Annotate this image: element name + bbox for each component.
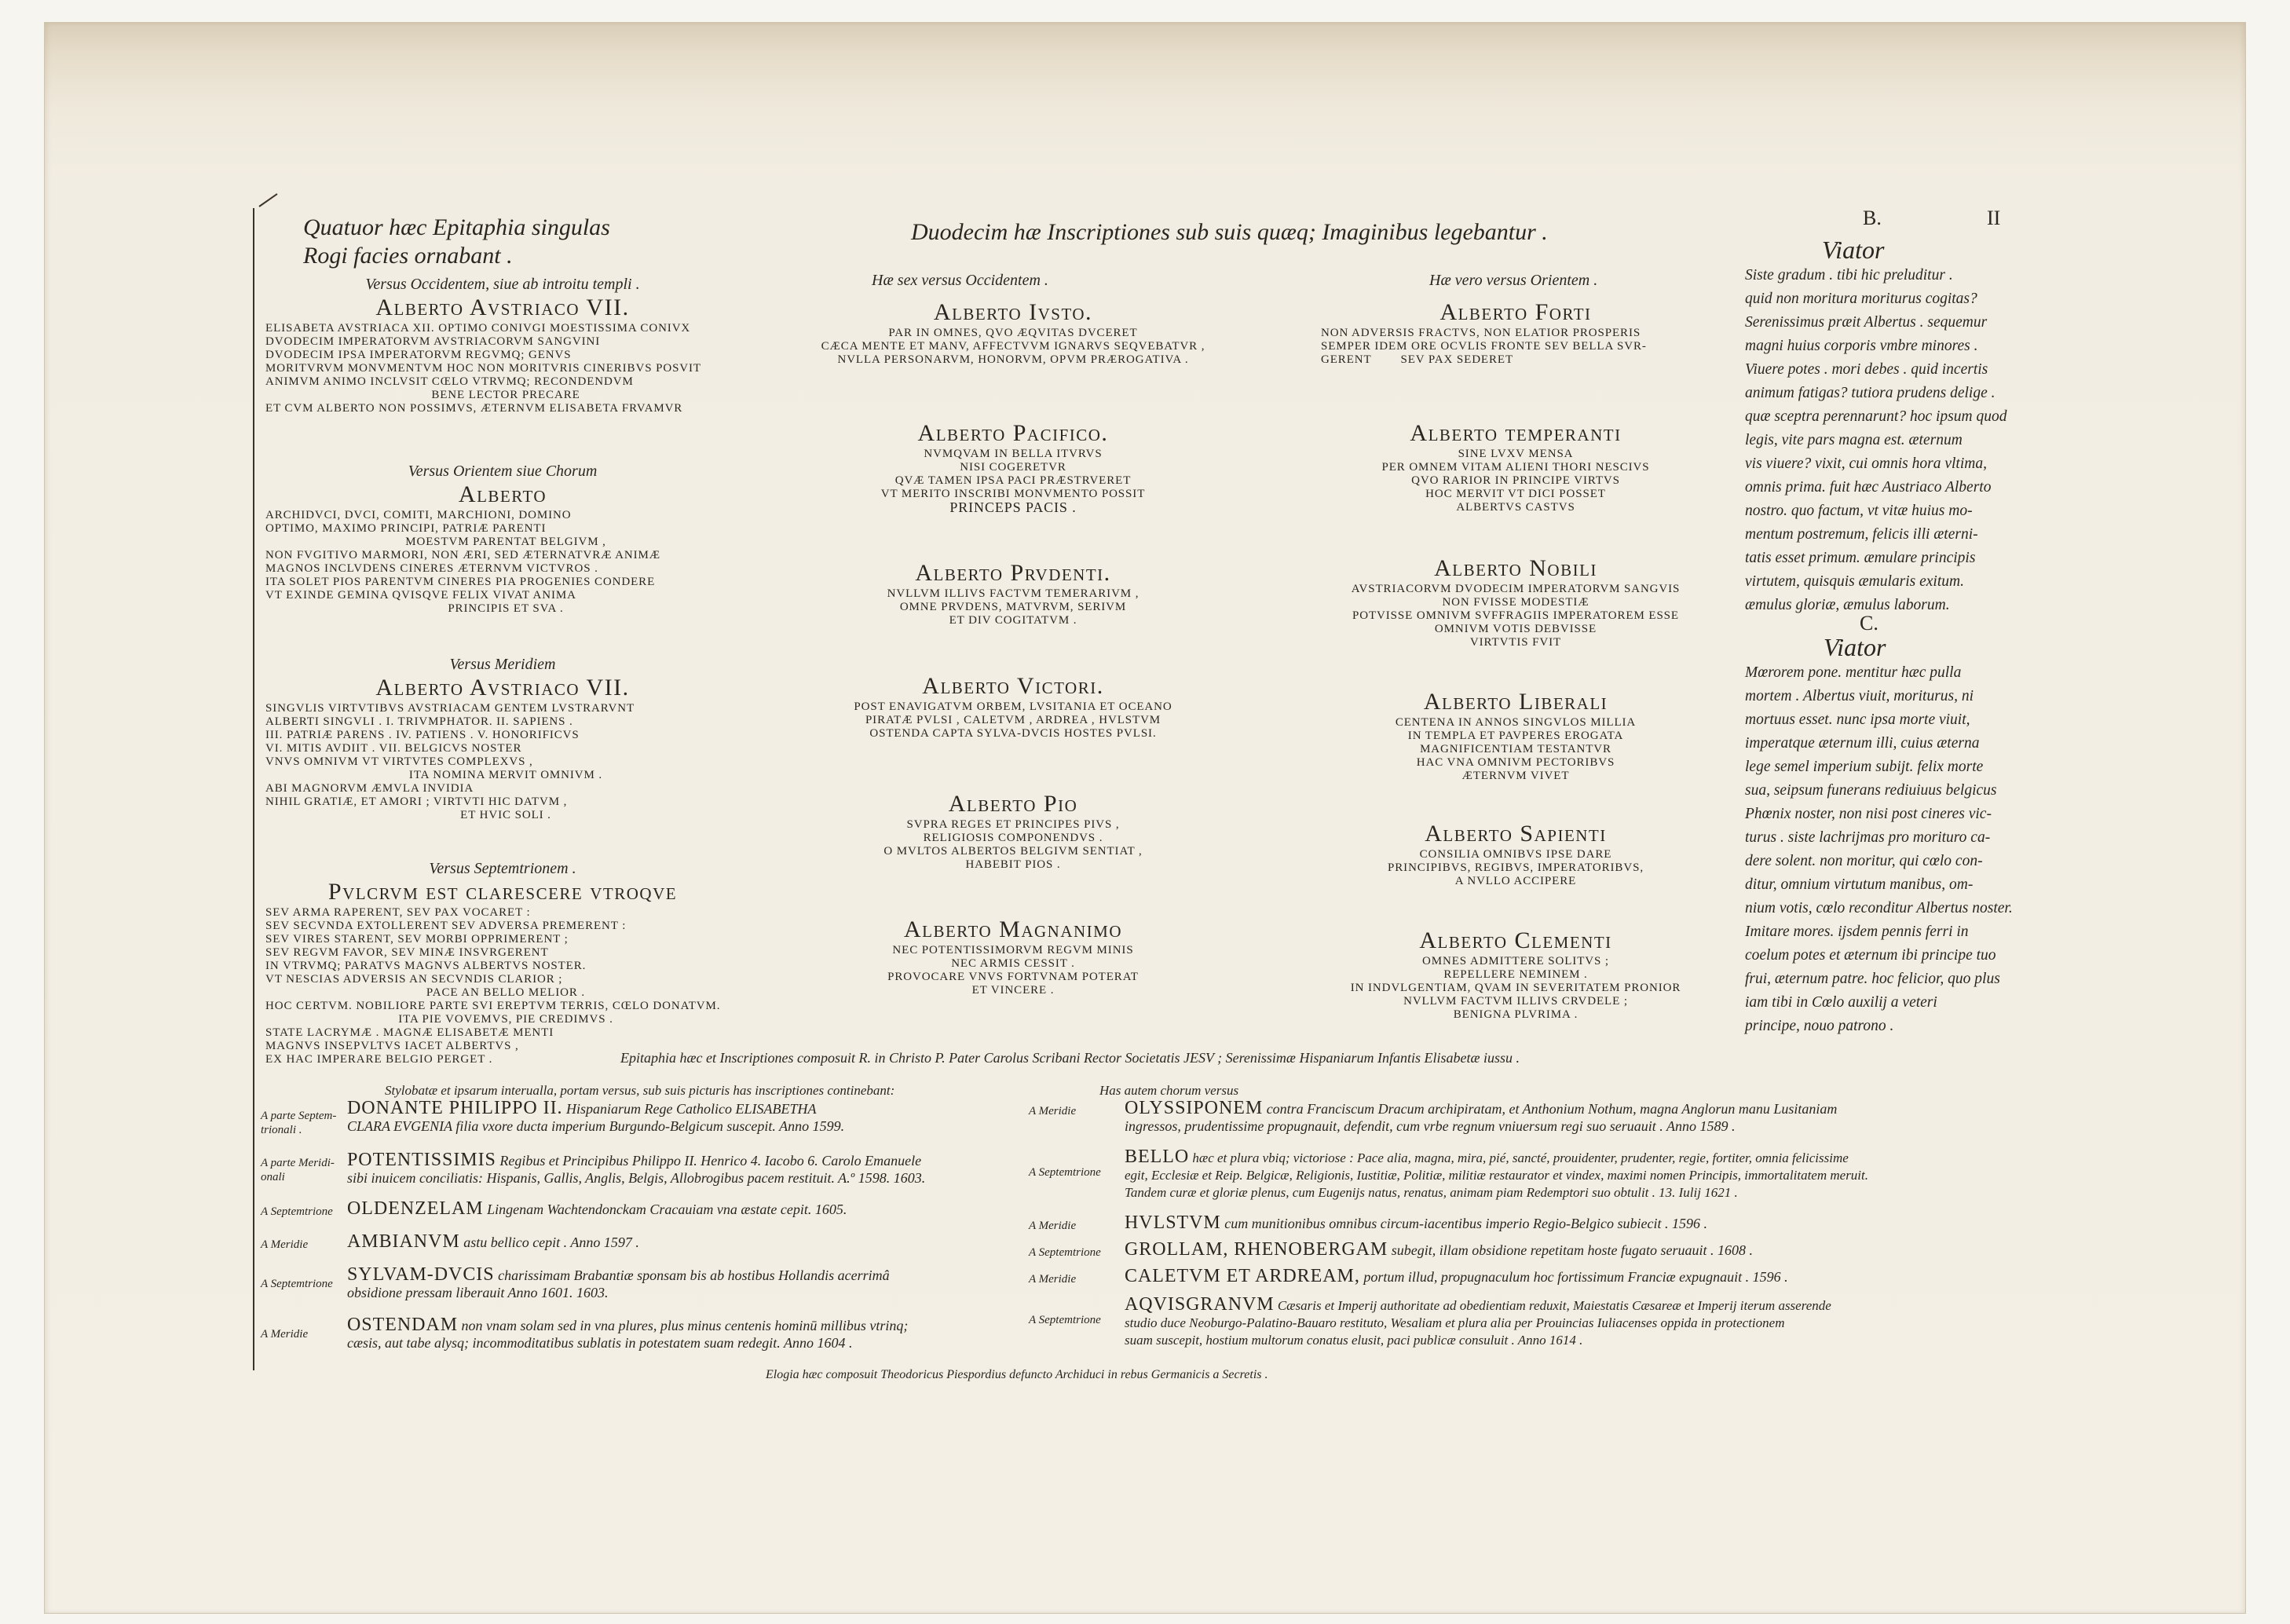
row-text: Hvlstvm cum munitionibus omnibus circum-… <box>1125 1214 1707 1233</box>
inscription-line: a nvllo accipere <box>1311 875 1720 888</box>
stylobate-right-row: A Meridie Hvlstvm cum munitionibus omnib… <box>1029 1214 1707 1233</box>
epitaph-line: vt exinde gemina qvisqve felix vivat ani… <box>265 589 746 602</box>
inscription-line: Omnes admittere solitvs ; <box>1311 955 1720 968</box>
row-direction: A parte Septem-trionali . <box>261 1109 347 1137</box>
row-text: Aqvisgranvm Cæsaris et Imperij authorita… <box>1125 1296 1831 1349</box>
epitaph-line: animvm animo inclvsit cœlo vtrvmq; recon… <box>265 375 746 389</box>
viator-line: lege semel imperium subijt. felix morte <box>1745 755 2036 779</box>
inscription-line: virtvtis fvit <box>1311 636 1720 649</box>
epitaph-north: Versus Septemtrionem . Pvlcrvm est clare… <box>259 859 746 1066</box>
inscription-line: repellere neminem . <box>1311 968 1720 982</box>
inscription-magnanimo: Alberto Magnanimo Nec potentissimorvm re… <box>793 916 1233 997</box>
viator-line: quid non moritura moriturus cogitas? <box>1745 287 2028 311</box>
row-line: portum illud, propugnaculum hoc fortissi… <box>1363 1269 1787 1285</box>
inscription-line: et div cogitatvm . <box>793 614 1233 627</box>
inscriptions-heading: Duodecim hæ Inscriptiones sub suis quæq;… <box>911 218 1548 247</box>
row-text: Bello hæc et plura vbiq; victoriose : Pa… <box>1125 1148 1868 1202</box>
inscription-line: in indvlgentiam, qvam in severitatem pro… <box>1311 982 1720 995</box>
epitaph-title: Alberto Avstriaco VII. <box>259 674 746 702</box>
row-line: egit, Ecclesiæ et Reip. Belgicæ, Religio… <box>1125 1167 1868 1184</box>
epitaph-line: moestvm parentat Belgivm , <box>265 536 746 549</box>
viator-line: vis viuere? vixit, cui omnis hora vltima… <box>1745 452 2028 476</box>
stylobate-right-row: A Septemtrione Bello hæc et plura vbiq; … <box>1029 1148 1868 1202</box>
viator-line: animum fatigas? tutiora prudens delige . <box>1745 382 2028 405</box>
inscription-line: Sine lvxv mensa <box>1311 448 1720 461</box>
epitaph-line: principis et sva . <box>265 602 746 616</box>
viator-c-text: Mœrorem pone. mentitur hæc pulla mortem … <box>1745 661 2036 1038</box>
viator-line: Serenissimus præit Albertus . sequemur <box>1745 311 2028 335</box>
row-line: hæc et plura vbiq; victoriose : Pace ali… <box>1192 1150 1848 1165</box>
inscription-title: Alberto Sapienti <box>1311 820 1720 848</box>
epitaph-line: moritvrvm monvmentvm hoc non moritvris c… <box>265 362 746 375</box>
row-text: Grollam, Rhenobergam subegit, illam obsi… <box>1125 1241 1753 1260</box>
stylobate-right-intro: Has autem chorum versus <box>1099 1082 1238 1099</box>
stylobate-left-row: A Meridie Ostendam non vnam solam sed in… <box>261 1316 908 1352</box>
stylobate-right-row: A Septemtrione Grollam, Rhenobergam sube… <box>1029 1241 1753 1260</box>
left-heading-line: Quatuor hæc Epitaphia singulas <box>303 214 610 242</box>
stylobate-left-intro: Stylobatæ et ipsarum interualla, portam … <box>385 1082 894 1099</box>
inscription-clementi: Alberto Clementi Omnes admittere solitvs… <box>1311 927 1720 1022</box>
inscription-line: principibvs, regibvs, imperatoribvs, <box>1311 861 1720 875</box>
row-line: Hispaniarum Rege Catholico ELISABETHA <box>566 1101 816 1117</box>
row-line: contra Franciscum Dracum archipiratam, e… <box>1267 1101 1838 1117</box>
epitaph-line: sev vires starent, sev morbi opprimerent… <box>265 933 746 946</box>
inscription-line: non fvisse modestiæ <box>1311 596 1720 609</box>
row-line: sibi inuicem conciliatis: Hispanis, Gall… <box>347 1169 925 1187</box>
inscription-line: religiosis componendvs . <box>793 832 1233 845</box>
inscription-line: Svpra reges et principes pivs , <box>793 818 1233 832</box>
viator-line: dere solent. non moritur, qui cœlo con- <box>1745 850 2036 873</box>
row-line: Tandem curæ et gloriæ plenus, cum Eugeni… <box>1125 1184 1868 1202</box>
inscription-title: Alberto temperanti <box>1311 419 1720 448</box>
row-text: Potentissimis Regibus et Principibus Phi… <box>347 1151 925 1187</box>
inscription-line: Nvllvm illivs factvm temerarivm , <box>793 587 1233 601</box>
inscription-line: omne prvdens, matvrvm, serivm <box>793 601 1233 614</box>
row-direction: A Meridie <box>1029 1219 1125 1233</box>
inscription-line: Ostenda capta Sylva-Dvcis hostes pvlsi. <box>793 727 1233 741</box>
viator-line: turus . siste lachrijmas pro morituro ca… <box>1745 826 2036 850</box>
inscription-temperanti: Alberto temperanti Sine lvxv mensa per o… <box>1311 419 1720 514</box>
row-text: Olyssiponem contra Franciscum Dracum arc… <box>1125 1099 1837 1135</box>
row-direction: A Meridie <box>261 1327 347 1352</box>
epitaph-line: non fvgitivo marmori, non æri, sed ætern… <box>265 549 746 562</box>
viator-line: frui, æternum patre. hoc felicior, quo p… <box>1745 967 2036 991</box>
inscription-title: Alberto Pio <box>793 790 1233 818</box>
epitaph-line: State lacrymæ . Magnæ Elisabetæ menti <box>265 1026 746 1040</box>
inscription-line: semper idem ore ocvlis fronte sev bella … <box>1321 340 1720 353</box>
row-lead: Potentissimis <box>347 1150 496 1170</box>
row-text: Caletvm et Ardream, portum illud, propug… <box>1125 1267 1788 1286</box>
viator-line: mentum postremum, felicis illi æterni- <box>1745 523 2028 547</box>
right-subheading: Hæ vero versus Orientem . <box>1429 271 1597 290</box>
inscription-iusto: Alberto Ivsto. Par in omnes, qvo æqvitas… <box>793 298 1233 367</box>
viator-line: Viuere potes . mori debes . quid incerti… <box>1745 358 2028 382</box>
row-line: obsidione pressam liberauit Anno 1601. 1… <box>347 1284 890 1301</box>
inscription-title: Alberto Prvdenti. <box>793 559 1233 587</box>
inscription-line: Albertvs castvs <box>1311 501 1720 514</box>
inscription-title: Alberto Liberali <box>1311 688 1720 716</box>
epitaph-line: Archidvci, dvci, comiti, marchioni, domi… <box>265 509 746 522</box>
inscription-line: omnivm votis debvisse <box>1311 623 1720 636</box>
viator-line: virtutem, quisquis æmularis exitum. <box>1745 570 2028 594</box>
left-heading-line: Rogi facies ornabant . <box>303 242 610 270</box>
epitaph-line: Et cvm Alberto non possimvs, æternvm Eli… <box>265 402 746 415</box>
inscription-line: hac vna omnivm pectoribvs <box>1311 756 1720 770</box>
inscription-line: benigna plvrima . <box>1311 1008 1720 1022</box>
epitaph-line: et hvic soli . <box>265 809 746 822</box>
epitaph-line: Hoc certvm. nobiliore parte svi ereptvm … <box>265 1000 746 1013</box>
epitaph-line: VI. mitis avdiit . VII. Belgicvs noster <box>265 742 746 755</box>
epitaph-text: Elisabeta Avstriaca XII. optimo conivgi … <box>259 322 746 415</box>
epitaph-east: Versus Orientem siue Chorum Alberto Arch… <box>259 462 746 616</box>
left-heading: Quatuor hæc Epitaphia singulas Rogi faci… <box>303 214 610 270</box>
row-line: subegit, illam obsidione repetitam hoste… <box>1392 1242 1753 1258</box>
row-line: Cæsaris et Imperij authoritate ad obedie… <box>1278 1298 1831 1313</box>
stylobate-right-row: A Meridie Caletvm et Ardream, portum ill… <box>1029 1267 1788 1286</box>
viator-line: Imitare mores. ijsdem pennis ferri in <box>1745 920 2036 944</box>
epitaph-line: Ita pie vovemvs, pie credimvs . <box>265 1013 746 1026</box>
viator-line: legis, vite pars magna est. æternum <box>1745 429 2028 452</box>
plate-border-line <box>253 208 254 1370</box>
inscription-line: piratæ pvlsi , Caletvm , Ardrea , Hvlstv… <box>793 714 1233 727</box>
row-text: Ambianvm astu bellico cepit . Anno 1597 … <box>347 1233 639 1252</box>
plate-letter-b: B. <box>1863 207 1882 229</box>
middle-subheading: Hæ sex versus Occidentem . <box>872 271 1048 290</box>
row-lead: Bello <box>1125 1147 1189 1167</box>
plate-number: II <box>1987 207 2000 229</box>
epitaph-text: Sev arma raperent, sev pax vocaret : sev… <box>259 906 746 1066</box>
row-lead: Olyssiponem <box>1125 1098 1263 1118</box>
epitaph-line: Alberti singvli . I. trivmphator. II. sa… <box>265 715 746 729</box>
viator-line: nium votis, cœlo reconditur Albertus nos… <box>1745 897 2036 920</box>
row-line: non vnam solam sed in vna plures, plus m… <box>462 1318 909 1333</box>
viator-line: mortem . Albertus viuit, moriturus, ni <box>1745 685 2036 708</box>
row-direction: A Septemtrione <box>1029 1313 1125 1349</box>
viator-line: Mœrorem pone. mentitur hæc pulla <box>1745 661 2036 685</box>
inscription-title: Alberto Victori. <box>793 672 1233 700</box>
inscription-line: gerent sev pax sederet <box>1321 353 1720 367</box>
inscription-text: Omnes admittere solitvs ; repellere nemi… <box>1311 955 1720 1022</box>
inscription-victori: Alberto Victori. Post enavigatvm orbem, … <box>793 672 1233 741</box>
inscription-title: Alberto Magnanimo <box>793 916 1233 944</box>
inscription-title: Alberto Nobili <box>1311 554 1720 583</box>
inscription-text: Nvllvm illivs factvm temerarivm , omne p… <box>793 587 1233 627</box>
inscription-text: Par in omnes, qvo æqvitas dvceret cæca m… <box>793 327 1233 367</box>
row-direction: A Septemtrione <box>1029 1245 1125 1260</box>
inscription-line: nec armis cessit . <box>793 957 1233 971</box>
inscription-pacifico: Alberto Pacifico. Nvmqvam in bella itvrv… <box>793 419 1233 514</box>
row-line: cum munitionibus omnibus circum-iacentib… <box>1224 1216 1707 1231</box>
viator-line: principe, nouo patrono . <box>1745 1015 2036 1038</box>
inscription-line: magnificentiam testantvr <box>1311 743 1720 756</box>
stylobate-left-row: A Septemtrione Oldenzelam Lingenam Wacht… <box>261 1200 847 1219</box>
row-line: suam suscepit, hostium multorum conatus … <box>1125 1332 1831 1349</box>
inscription-line: Avstriacorvm dvodecim imperatorvm sangvi… <box>1311 583 1720 596</box>
inscription-line: Par in omnes, qvo æqvitas dvceret <box>793 327 1233 340</box>
credit-piespordius: Elogia hæc composuit Theodoricus Piespor… <box>766 1366 1268 1384</box>
viator-line: quæ sceptra perennarunt? hoc ipsum quod <box>1745 405 2028 429</box>
row-lead: Ambianvm <box>347 1231 460 1252</box>
row-line: charissimam Brabantiæ sponsam bis ab hos… <box>498 1267 890 1283</box>
viator-line: mortuus esset. nunc ipsa morte viuit, <box>1745 708 2036 732</box>
inscription-line: Non adversis fractvs, non elatior prospe… <box>1321 327 1720 340</box>
inscription-line: Post enavigatvm orbem, Lvsitania et ocea… <box>793 700 1233 714</box>
inscription-line: per omnem vitam alieni thori nescivs <box>1311 461 1720 474</box>
viator-line: æmulus gloriæ, æmulus laborum. <box>1745 594 2028 617</box>
epitaph-line: vnvs omnivm vt virtvtes complexvs , <box>265 755 746 769</box>
stylobate-right-row: A Meridie Olyssiponem contra Franciscum … <box>1029 1099 1837 1135</box>
stylobate-right-row: A Septemtrione Aqvisgranvm Cæsaris et Im… <box>1029 1296 1831 1349</box>
epitaph-direction: Versus Orientem siue Chorum <box>259 462 746 481</box>
viator-c-heading: Viator <box>1745 633 2036 661</box>
epitaph-title: Alberto Avstriaco VII. <box>259 294 746 322</box>
epitaph-direction: Versus Occidentem, siue ab introitu temp… <box>259 275 746 294</box>
row-direction: A Septemtrione <box>1029 1165 1125 1202</box>
credit-scribani: Epitaphia hæc et Inscriptiones composuit… <box>620 1049 1520 1066</box>
inscription-text: Non adversis fractvs, non elatior prospe… <box>1311 327 1720 367</box>
plate-letter-c: C. <box>1860 613 1878 635</box>
row-direction: A Meridie <box>1029 1104 1125 1135</box>
inscription-pio: Alberto Pio Svpra reges et principes piv… <box>793 790 1233 872</box>
epitaph-south: Versus Meridiem Alberto Avstriaco VII. S… <box>259 655 746 822</box>
epitaph-line: ita nomina mervit omnivm . <box>265 769 746 782</box>
viator-line: tatis esset primum. æmulare principis <box>1745 547 2028 570</box>
epitaph-line: magnos inclvdens cineres æternvm victvro… <box>265 562 746 576</box>
viator-line: Siste gradum . tibi hic preluditur . <box>1745 264 2028 287</box>
row-direction: A Meridie <box>261 1238 347 1252</box>
viator-line: magni huius corporis vmbre minores . <box>1745 335 2028 358</box>
inscription-forti: Alberto Forti Non adversis fractvs, non … <box>1311 298 1720 367</box>
epitaph-line: vt nescias adversis an secvndis clarior … <box>265 973 746 986</box>
row-direction: A Septemtrione <box>261 1277 347 1301</box>
viator-line: coelum potes et æternum ibi principe tuo <box>1745 944 2036 967</box>
row-direction: A Meridie <box>1029 1272 1125 1286</box>
inscription-nobili: Alberto Nobili Avstriacorvm dvodecim imp… <box>1311 554 1720 649</box>
row-text: Sylvam-Dvcis charissimam Brabantiæ spons… <box>347 1266 890 1301</box>
inscription-line: nisi cogeretvr <box>793 461 1233 474</box>
row-lead: Ostendam <box>347 1315 458 1335</box>
epitaph-text: Archidvci, dvci, comiti, marchioni, domi… <box>259 509 746 616</box>
inscription-line: Nvmqvam in bella itvrvs <box>793 448 1233 461</box>
row-line: Lingenam Wachtendonckam Cracauiam vna æs… <box>487 1202 847 1217</box>
row-lead: Donante Philippo II. <box>347 1098 563 1118</box>
stylobate-left-row: A Septemtrione Sylvam-Dvcis charissimam … <box>261 1266 890 1301</box>
inscription-line: qvo rarior in principe virtvs <box>1311 474 1720 488</box>
row-text: Oldenzelam Lingenam Wachtendonckam Craca… <box>347 1200 847 1219</box>
inscription-line: in templa et pavperes erogata <box>1311 730 1720 743</box>
row-lead: Caletvm et Ardream, <box>1125 1266 1360 1286</box>
row-line: ingressos, prudentissime propugnauit, de… <box>1125 1117 1837 1135</box>
epitaph-text: Singvlis virtvtibvs avstriacam gentem lv… <box>259 702 746 822</box>
inscription-text: Nvmqvam in bella itvrvs nisi cogeretvr q… <box>793 448 1233 514</box>
epitaph-line: Singvlis virtvtibvs avstriacam gentem lv… <box>265 702 746 715</box>
inscription-text: Post enavigatvm orbem, Lvsitania et ocea… <box>793 700 1233 741</box>
row-line: CLARA EVGENIA filia vxore ducta imperium… <box>347 1117 844 1135</box>
row-direction: A Septemtrione <box>261 1205 347 1219</box>
inscription-text: Consilia omnibvs ipse dare principibvs, … <box>1311 848 1720 888</box>
row-line: studio duce Neoburgo-Palatino-Bauaro res… <box>1125 1315 1831 1332</box>
viator-line: nostro. quo factum, vt vitæ huius mo- <box>1745 499 2028 523</box>
viator-b-text: Siste gradum . tibi hic preluditur . qui… <box>1745 264 2028 617</box>
inscription-text: Sine lvxv mensa per omnem vitam alieni t… <box>1311 448 1720 514</box>
viator-line: imperatque æternum illi, cuius æterna <box>1745 732 2036 755</box>
inscription-line: O mvltos Albertos Belgivm sentiat , <box>793 845 1233 858</box>
inscription-title: Alberto Clementi <box>1311 927 1720 955</box>
inscription-line: Nec potentissimorvm regvm minis <box>793 944 1233 957</box>
viator-line: Phœnix noster, non nisi post cineres vic… <box>1745 803 2036 826</box>
row-line: astu bellico cepit . Anno 1597 . <box>463 1234 639 1250</box>
epitaph-line: Bene lector precare <box>265 389 746 402</box>
inscription-liberali: Alberto Liberali Centena in annos singvl… <box>1311 688 1720 783</box>
inscription-title: Alberto Ivsto. <box>793 298 1233 327</box>
row-lead: Grollam, Rhenobergam <box>1125 1239 1388 1260</box>
inscription-line: æternvm vivet <box>1311 770 1720 783</box>
epitaph-title: Pvlcrvm est clarescere vtroqve <box>259 878 746 906</box>
epitaph-line: optimo, maximo principi, patriæ parenti <box>265 522 746 536</box>
stylobate-left-row: A Meridie Ambianvm astu bellico cepit . … <box>261 1233 639 1252</box>
inscription-sapienti: Alberto Sapienti Consilia omnibvs ipse d… <box>1311 820 1720 888</box>
epitaph-west: Versus Occidentem, siue ab introitu temp… <box>259 275 746 415</box>
stylobate-left-row: A parte Septem-trionali . Donante Philip… <box>261 1099 844 1137</box>
inscription-line: hoc mervit vt dici posset <box>1311 488 1720 501</box>
row-line: cæsis, aut tabe alysq; incommoditatibus … <box>347 1334 908 1352</box>
inscription-text: Avstriacorvm dvodecim imperatorvm sangvi… <box>1311 583 1720 649</box>
epitaph-line: sev regvm favor, sev minæ insvrgerent <box>265 946 746 960</box>
inscription-line: Consilia omnibvs ipse dare <box>1311 848 1720 861</box>
viator-line: omnis prima. fuit hæc Austriaco Alberto <box>1745 476 2028 499</box>
inscription-line: provocare vnvs fortvnam poterat <box>793 971 1233 984</box>
inscription-line: Centena in annos singvlos millia <box>1311 716 1720 730</box>
viator-line: sua, seipsum funerans rediuiuus belgicus <box>1745 779 2036 803</box>
viator-b-heading: Viator <box>1745 236 2028 264</box>
row-line: Regibus et Principibus Philippo II. Henr… <box>499 1153 921 1169</box>
inscription-text: Nec potentissimorvm regvm minis nec armi… <box>793 944 1233 997</box>
viator-line: ditur, omnium virtutum manibus, om- <box>1745 873 2036 897</box>
stylobate-left-row: A parte Meridi-onali Potentissimis Regib… <box>261 1151 925 1187</box>
epitaph-line: nihil gratiæ, et amori ; virtvti hic dat… <box>265 796 746 809</box>
epitaph-line: pace an bello melior . <box>265 986 746 1000</box>
inscription-line: potvisse omnivm svffragiis imperatorem e… <box>1311 609 1720 623</box>
inscription-text: Svpra reges et principes pivs , religios… <box>793 818 1233 872</box>
inscription-title: Alberto Forti <box>1311 298 1720 327</box>
viator-b-block: Viator Siste gradum . tibi hic preluditu… <box>1745 236 2028 617</box>
epitaph-line: ita solet pios parentvm cineres pia prog… <box>265 576 746 589</box>
row-lead: Hvlstvm <box>1125 1213 1221 1233</box>
row-lead: Oldenzelam <box>347 1198 484 1219</box>
epitaph-line: in vtrvmq; paratvs magnvs Albertvs noste… <box>265 960 746 973</box>
epitaph-direction: Versus Meridiem <box>259 655 746 674</box>
inscription-text: Centena in annos singvlos millia in temp… <box>1311 716 1720 783</box>
inscription-title: Alberto Pacifico. <box>793 419 1233 448</box>
inscription-line: nvllvm factvm illivs crvdele ; <box>1311 995 1720 1008</box>
row-text: Ostendam non vnam solam sed in vna plure… <box>347 1316 908 1352</box>
viator-line: iam tibi in Cœlo auxilij a veteri <box>1745 991 2036 1015</box>
inscription-line: Princeps Pacis . <box>793 501 1233 514</box>
row-lead: Sylvam-Dvcis <box>347 1264 495 1285</box>
inscription-line: et vincere . <box>793 984 1233 997</box>
epitaph-line: Abi magnorvm æmvla invidia <box>265 782 746 796</box>
inscription-line: cæca mente et manv, affectvvm ignarvs se… <box>793 340 1233 353</box>
epitaph-line: Dvodecim ipsa imperatorvm regvmq; genvs <box>265 349 746 362</box>
epitaph-line: III. patriæ parens . IV. patiens . V. ho… <box>265 729 746 742</box>
viator-c-block: Viator Mœrorem pone. mentitur hæc pulla … <box>1745 633 2036 1038</box>
inscription-line: qvæ tamen ipsa paci præstrveret <box>793 474 1233 488</box>
epitaph-line: Sev arma raperent, sev pax vocaret : <box>265 906 746 920</box>
epitaph-title: Alberto <box>259 481 746 509</box>
inscription-prudenti: Alberto Prvdenti. Nvllvm illivs factvm t… <box>793 559 1233 627</box>
inscription-line: habebit pios . <box>793 858 1233 872</box>
row-lead: Aqvisgranvm <box>1125 1294 1275 1315</box>
row-text: Donante Philippo II. Hispaniarum Rege Ca… <box>347 1099 844 1137</box>
inscription-line: nvlla personarvm, honorvm, opvm prærogat… <box>793 353 1233 367</box>
epitaph-line: Dvodecim imperatorvm avstriacorvm sangvi… <box>265 335 746 349</box>
epitaph-line: Elisabeta Avstriaca XII. optimo conivgi … <box>265 322 746 335</box>
epitaph-direction: Versus Septemtrionem . <box>259 859 746 878</box>
row-direction: A parte Meridi-onali <box>261 1156 347 1187</box>
epitaph-line: sev secvnda extollerent sev adversa prem… <box>265 920 746 933</box>
